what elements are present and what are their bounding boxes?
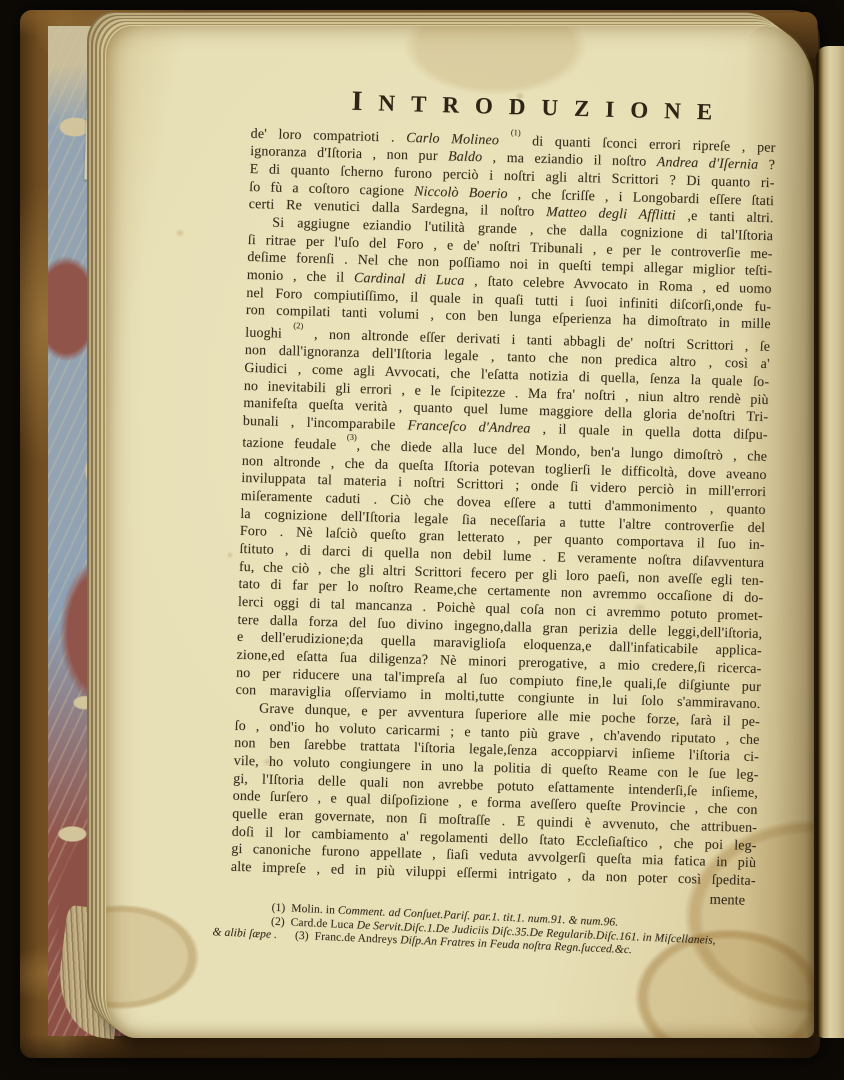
body-text: de' loro compatrioti . Carlo Molineo (1)…: [231, 121, 776, 890]
facing-page-edge: [816, 46, 844, 1038]
page-text: INTRODUZIONE de' loro compatrioti . Carl…: [229, 84, 777, 954]
book-scan: INTRODUZIONE de' loro compatrioti . Carl…: [0, 0, 844, 1080]
